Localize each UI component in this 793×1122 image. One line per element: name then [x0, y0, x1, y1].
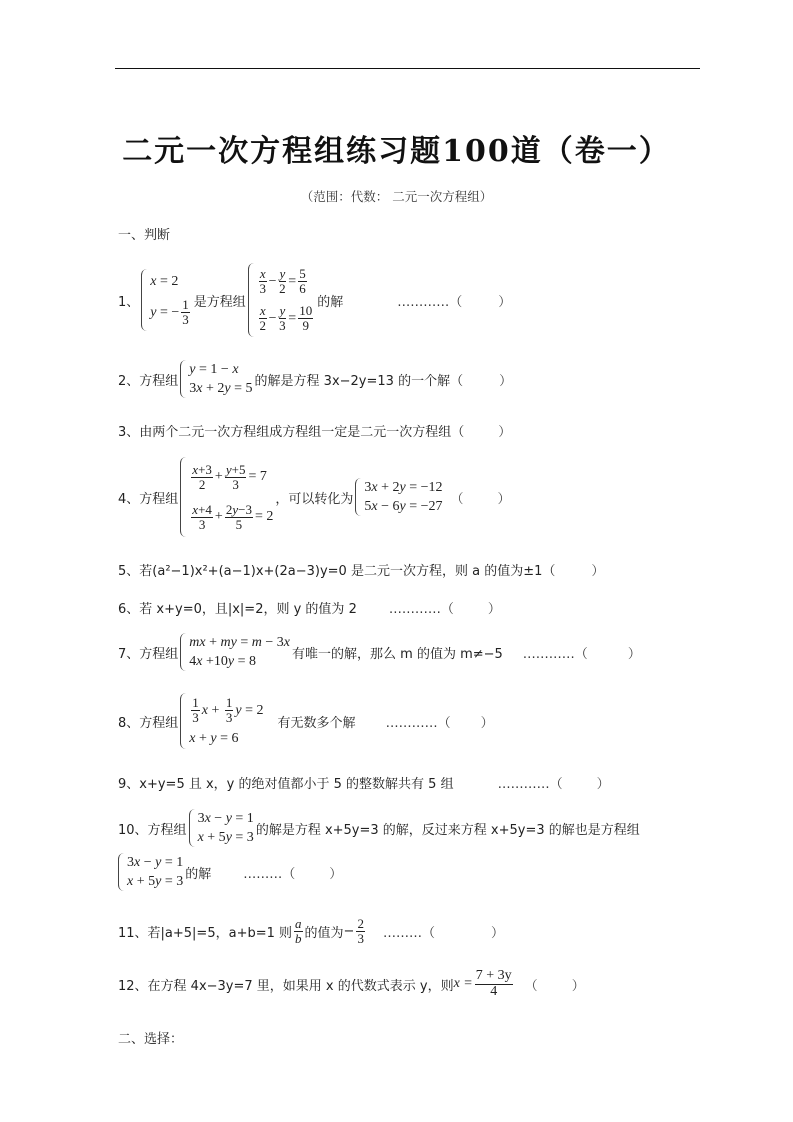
question-text: 的解 [317, 291, 343, 310]
question-9: 9、 x+y=5 且 x，y 的绝对值都小于 5 的整数解共有 5 组 …………… [118, 772, 610, 792]
equation-system: 3x − y = 1 x + 5y = 3 [118, 853, 183, 891]
question-number: 5、 [118, 560, 139, 579]
brace-icon [141, 269, 147, 331]
answer-leader: …………（ [523, 643, 588, 662]
question-number: 7、 [118, 643, 139, 662]
section-choice-heading: 二、选择： [118, 1028, 183, 1047]
question-7: 7、 方程组 mx + my = m − 3x 4x +10y = 8 有唯一的… [118, 631, 641, 673]
question-text: 是方程组 [194, 291, 246, 310]
brace-icon [180, 457, 186, 537]
question-11: 11、 若|a+5|=5，a+b=1 则 ab 的值为 − 23 ………（ ） [118, 912, 504, 950]
brace-icon [248, 263, 254, 337]
question-number: 2、 [118, 370, 139, 389]
answer-blank-close[interactable]: ） [499, 370, 512, 389]
question-text: 由两个二元一次方程组成方程组一定是二元一次方程组（ [139, 421, 464, 440]
question-text: 的解是方程 x+5y=3 的解，反过来方程 x+5y=3 的解也是方程组 [256, 819, 640, 838]
question-5: 5、 若(a²−1)x²+(a−1)x+(2a−3)y=0 是二元一次方程，则 … [118, 559, 604, 579]
question-10: 10、 方程组 3x − y = 1 x + 5y = 3 的解是方程 x+5y… [118, 807, 640, 849]
answer-blank-close[interactable]: ） [498, 488, 511, 507]
brace-icon [180, 360, 186, 398]
answer-blank-open[interactable]: （ [451, 488, 464, 507]
question-text: 若|a+5|=5，a+b=1 则 [148, 922, 292, 941]
answer-blank-close[interactable]: ） [481, 712, 494, 731]
answer-leader: ………（ [243, 863, 295, 882]
question-text: 方程组 [139, 370, 178, 389]
question-8: 8、 方程组 13x + 13y = 2 x + y = 6 有无数多个解 ……… [118, 693, 494, 749]
question-number: 3、 [118, 421, 139, 440]
solution-system: x = 2 y = −13 [141, 269, 192, 331]
question-number: 11、 [118, 922, 148, 941]
document-title: 二元一次方程组练习题100道（卷一） [0, 126, 793, 170]
equation-system: 3x − y = 1 x + 5y = 3 [189, 809, 254, 847]
question-text: ，可以转化为 [275, 488, 353, 507]
brace-icon [355, 478, 361, 516]
question-text: 的解 [185, 863, 211, 882]
question-6: 6、 若 x+y=0，且|x|=2，则 y 的值为 2 …………（ ） [118, 597, 501, 617]
question-text: 若(a²−1)x²+(a−1)x+(2a−3)y=0 是二元一次方程，则 a 的… [139, 560, 555, 579]
fraction-expression: 7 + 3y4 [475, 969, 513, 999]
question-number: 9、 [118, 773, 139, 792]
answer-blank-close[interactable]: ） [498, 291, 511, 310]
question-text: 方程组 [139, 643, 178, 662]
answer-leader: …………（ [397, 291, 462, 310]
question-number: 10、 [118, 819, 148, 838]
answer-blank-close[interactable]: ） [329, 863, 342, 882]
question-number: 1、 [118, 291, 139, 310]
answer-leader: …………（ [498, 773, 563, 792]
question-text: 的值为 [305, 922, 344, 941]
question-10-continued: 3x − y = 1 x + 5y = 3 的解 ………（ ） [118, 851, 342, 893]
question-text: 方程组 [139, 712, 178, 731]
question-text: 在方程 4x−3y=7 里，如果用 x 的代数式表示 y，则 [148, 975, 454, 994]
question-number: 8、 [118, 712, 139, 731]
answer-blank-close[interactable]: ） [488, 598, 501, 617]
equation-system: x3−y2=56 x2−y3=109 [248, 263, 315, 337]
question-number: 12、 [118, 975, 148, 994]
question-3: 3、 由两个二元一次方程组成方程组一定是二元一次方程组（ ） [118, 420, 511, 440]
question-number: 6、 [118, 598, 139, 617]
answer-blank-close[interactable]: ） [491, 922, 504, 941]
answer-blank-close[interactable]: ） [597, 773, 610, 792]
answer-blank-close[interactable]: ） [498, 421, 511, 440]
question-4: 4、 方程组 x+32+y+53= 7 x+43+2y−35= 2 ，可以转化为… [118, 456, 511, 538]
fraction-a-over-b: ab [294, 917, 303, 945]
brace-icon [180, 633, 186, 671]
question-1: 1、 x = 2 y = −13 是方程组 x3−y2=56 x2−y3=109… [118, 262, 511, 338]
brace-icon [189, 809, 195, 847]
answer-blank-open[interactable]: （ [525, 975, 538, 994]
answer-leader: ………（ [383, 922, 435, 941]
equation-system: y = 1 − x 3x + 2y = 5 [180, 360, 252, 398]
brace-icon [180, 693, 186, 749]
question-text: 方程组 [139, 488, 178, 507]
brace-icon [118, 853, 124, 891]
question-text: 的解是方程 3x−2y=13 的一个解（ [255, 370, 464, 389]
question-text: 有无数多个解 [278, 712, 356, 731]
question-text: 有唯一的解，那么 m 的值为 m≠−5 [292, 643, 503, 662]
answer-leader: …………（ [389, 598, 454, 617]
document-subtitle: （范围：代数： 二元一次方程组） [0, 187, 793, 205]
answer-blank-close[interactable]: ） [591, 560, 604, 579]
answer-blank-close[interactable]: ） [572, 975, 585, 994]
expression-lhs: x = [454, 976, 473, 992]
equation-system-converted: 3x + 2y = −12 5x − 6y = −27 [355, 478, 442, 516]
question-text: 若 x+y=0，且|x|=2，则 y 的值为 2 [139, 598, 357, 617]
question-12: 12、 在方程 4x−3y=7 里，如果用 x 的代数式表示 y，则 x = 7… [118, 964, 585, 1004]
fraction-value: 23 [356, 917, 365, 945]
answer-leader: …………（ [386, 712, 451, 731]
section-judge-heading: 一、判断 [118, 224, 170, 243]
header-rule [115, 68, 700, 69]
answer-blank-close[interactable]: ） [628, 643, 641, 662]
question-text: x+y=5 且 x，y 的绝对值都小于 5 的整数解共有 5 组 [139, 773, 453, 792]
equation-system: mx + my = m − 3x 4x +10y = 8 [180, 633, 290, 671]
equation-system: 13x + 13y = 2 x + y = 6 [180, 693, 263, 749]
question-number: 4、 [118, 488, 139, 507]
question-2: 2、 方程组 y = 1 − x 3x + 2y = 5 的解是方程 3x−2y… [118, 358, 512, 400]
equation-system: x+32+y+53= 7 x+43+2y−35= 2 [180, 457, 273, 537]
question-text: 方程组 [148, 819, 187, 838]
